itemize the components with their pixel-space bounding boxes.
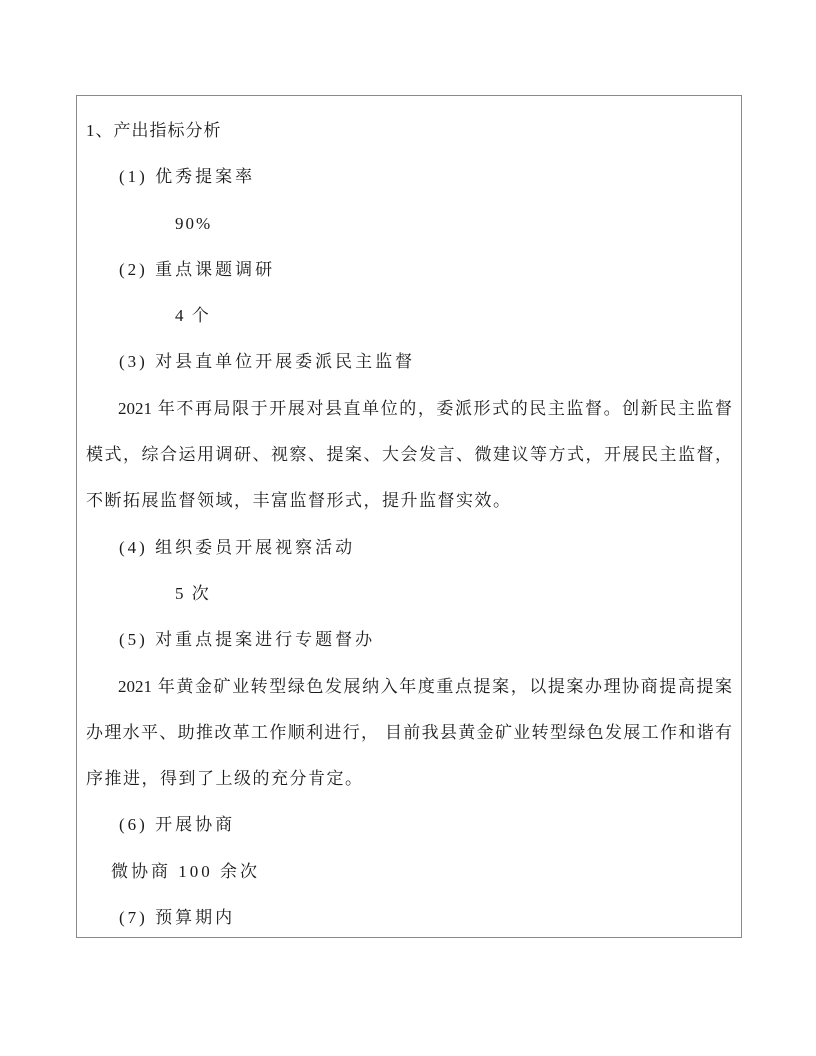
item-3-paragraph-line-3: 不断拓展监督领域，丰富监督形式，提升监督实效。 — [86, 478, 732, 524]
item-6-value: 微协商 100 余次 — [86, 849, 732, 895]
item-2-value: 4 个 — [86, 293, 732, 339]
item-6-label: (6) 开展协商 — [86, 802, 732, 848]
item-3-paragraph-line-1: 2021 年不再局限于开展对县直单位的，委派形式的民主监督。创新民主监督 — [86, 386, 732, 432]
item-5-paragraph-line-2: 办理水平、助推改革工作顺利进行， 目前我县黄金矿业转型绿色发展工作和谐有 — [86, 710, 732, 756]
item-1-label: (1) 优秀提案率 — [86, 154, 732, 200]
table-cell: 1、产出指标分析 (1) 优秀提案率 90% (2) 重点课题调研 4 个 (3… — [76, 95, 742, 938]
item-5-paragraph-line-1: 2021 年黄金矿业转型绿色发展纳入年度重点提案，以提案办理协商提高提案 — [86, 664, 732, 710]
item-1-value: 90% — [86, 201, 732, 247]
document-page: 1、产出指标分析 (1) 优秀提案率 90% (2) 重点课题调研 4 个 (3… — [0, 0, 816, 1056]
item-4-value: 5 次 — [86, 571, 732, 617]
item-4-label: (4) 组织委员开展视察活动 — [86, 525, 732, 571]
item-5-label: (5) 对重点提案进行专题督办 — [86, 617, 732, 663]
item-3-label: (3) 对县直单位开展委派民主监督 — [86, 339, 732, 385]
item-3-paragraph-line-2: 模式，综合运用调研、视察、提案、大会发言、微建议等方式，开展民主监督， — [86, 432, 732, 478]
item-2-label: (2) 重点课题调研 — [86, 247, 732, 293]
section-title: 1、产出指标分析 — [86, 108, 732, 154]
item-7-label: (7) 预算期内 — [86, 895, 732, 938]
item-5-paragraph-line-3: 序推进，得到了上级的充分肯定。 — [86, 756, 732, 802]
